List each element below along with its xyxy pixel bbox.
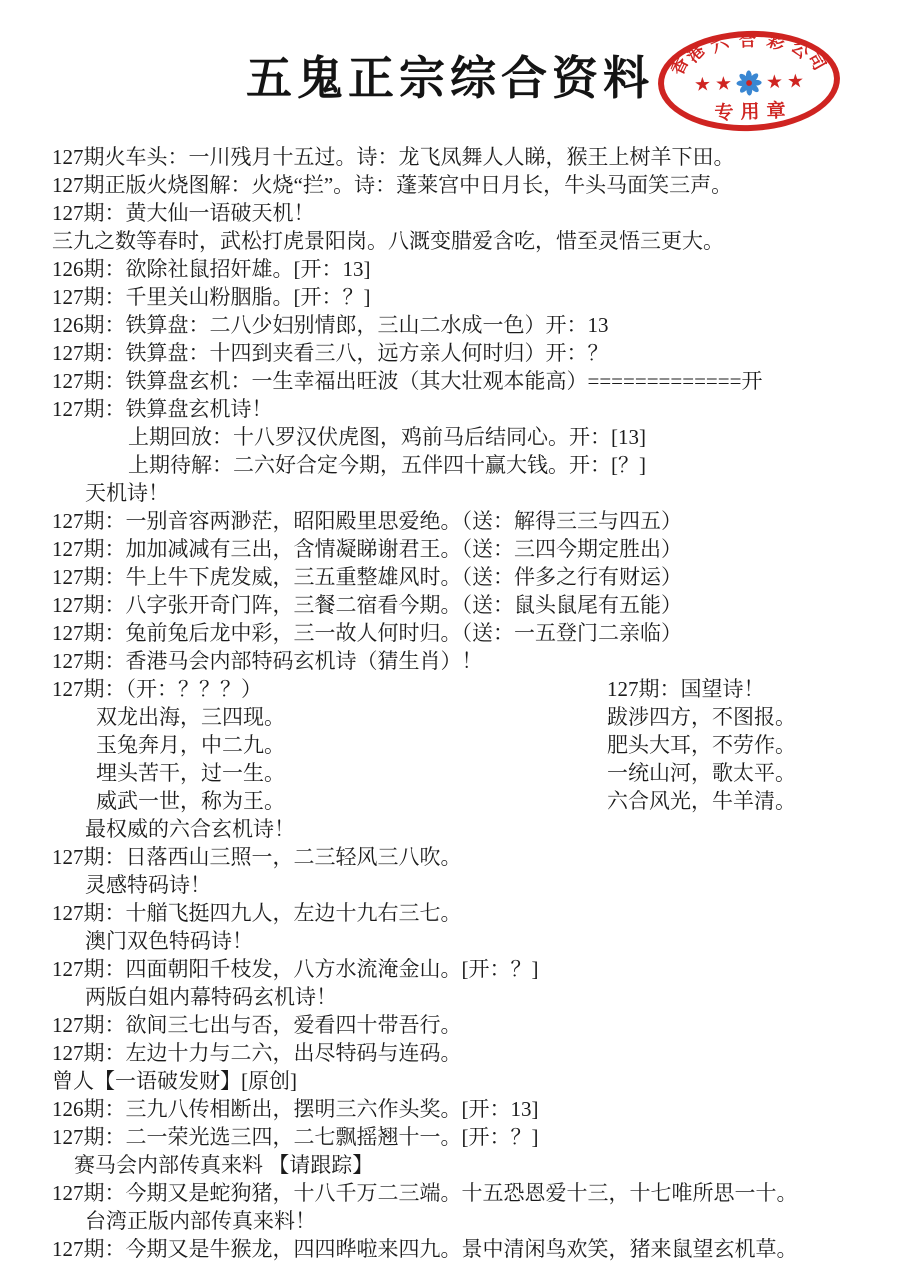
text-line: 127期：千里关山粉胭脂。[开：？] [52,283,900,311]
poem-columns: 127期：（开：？？？） 双龙出海，三四现。 玉兔奔月，中二九。 埋头苦干，过一… [52,675,900,815]
text-line: 127期：黄大仙一语破天机！ [52,199,900,227]
text-line: 126期：欲除社鼠招奸雄。[开：13] [52,255,900,283]
text-line: 127期：十艏飞挺四九人，左边十九右三七。 [52,899,900,927]
text-line: 127期：香港马会内部特码玄机诗（猜生肖）！ [52,647,900,675]
header: 五鬼正宗综合资料 香 港 六 合 彩 公 司 ★ ★ [0,0,900,143]
text-line: 六合风光，牛羊清。 [607,787,796,815]
poem-right-column: 127期：国望诗！ 跋涉四方，不图报。 肥头大耳，不劳作。 一统山河，歌太平。 … [607,675,796,815]
star-icon: ★ [694,75,712,95]
text-line: 三九之数等春时，武松打虎景阳岗。八溉变腊爱含吃，惜至灵悟三更大。 [52,227,900,255]
text-line: 127期：左边十力与二六，出尽特码与连码。 [52,1039,900,1067]
text-line: 赛马会内部传真来料 【请跟踪】 [74,1151,900,1179]
text-line: 肥头大耳，不劳作。 [607,731,796,759]
text-line: 台湾正版内部传真来料！ [85,1207,900,1235]
star-icon: ★ [715,74,733,94]
flower-icon [736,70,763,97]
text-line: 127期：八字张开奇门阵，三餐二宿看今期。（送：鼠头鼠尾有五能） [52,591,900,619]
text-line: 天机诗！ [85,479,900,507]
text-line: 127期：国望诗！ [607,675,796,703]
text-line: 127期：牛上牛下虎发威，三五重整雄风时。（送：伴多之行有财运） [52,563,900,591]
lottery-company-stamp: 香 港 六 合 彩 公 司 ★ ★ [656,28,841,134]
text-line: 127期：今期又是蛇狗猪，十八千万二三端。十五恐恩爱十三，十七唯所思一十。 [52,1179,900,1207]
text-line: 127期：（开：？？？） [52,675,285,703]
text-line: 127期：四面朝阳千枝发，八方水流淹金山。[开：？] [52,955,900,983]
stamp-bottom-text: 专用章 [659,94,842,127]
text-line: 两版白姐内幕特码玄机诗！ [85,983,900,1011]
text-line: 127期：二一荣光选三四，二七飘摇翘十一。[开：？] [52,1123,900,1151]
text-line: 上期待解：二六好合定今期，五伴四十赢大钱。开：[？] [128,451,900,479]
text-line: 127期：铁算盘玄机：一生幸福出旺波（其大壮观本能高）=============… [52,367,900,395]
text-line: 跋涉四方，不图报。 [607,703,796,731]
text-line: 最权威的六合玄机诗！ [85,815,900,843]
text-line: 127期正版火烧图解：火烧“拦”。诗：蓬莱宫中日月长，牛头马面笑三声。 [52,171,900,199]
star-icon: ★ [787,72,805,92]
text-line: 双龙出海，三四现。 [96,703,285,731]
star-icon: ★ [766,72,784,92]
text-line: 一统山河，歌太平。 [607,759,796,787]
text-line: 埋头苦干，过一生。 [96,759,285,787]
text-line: 127期：一别音容两渺茫，昭阳殿里思爱绝。（送：解得三三与四五） [52,507,900,535]
text-line: 上期回放：十八罗汉伏虎图，鸡前马后结同心。开：[13] [128,423,900,451]
text-line: 127期：加加减减有三出，含情凝睇谢君王。（送：三四今期定胜出） [52,535,900,563]
text-line: 127期：兔前兔后龙中彩，三一故人何时归。（送：一五登门二亲临） [52,619,900,647]
text-line: 127期：今期又是牛猴龙，四四晔啦来四九。景中清闲鸟欢笑，猪来鼠望玄机草。 [52,1235,900,1263]
text-line: 126期：铁算盘：二八少妇别情郎，三山二水成一色）开：13 [52,311,900,339]
text-line: 127期：铁算盘玄机诗！ [52,395,900,423]
text-line: 127期：日落西山三照一，二三轻风三八吹。 [52,843,900,871]
text-line: 玉兔奔月，中二九。 [96,731,285,759]
stamp-arc-char: 合 [737,31,758,52]
text-line: 126期：三九八传相断出，摆明三六作头奖。[开：13] [52,1095,900,1123]
text-line: 127期：欲间三七出与否，爱看四十带吾行。 [52,1011,900,1039]
text-line: 威武一世，称为王。 [96,787,285,815]
text-line: 127期火车头：一川残月十五过。诗：龙飞凤舞人人睇，猴王上树羊下田。 [52,143,900,171]
text-line: 灵感特码诗！ [85,871,900,899]
poem-left-column: 127期：（开：？？？） 双龙出海，三四现。 玉兔奔月，中二九。 埋头苦干，过一… [52,675,285,815]
document-sheet: 五鬼正宗综合资料 香 港 六 合 彩 公 司 ★ ★ [0,0,900,1267]
text-line: 澳门双色特码诗！ [85,927,900,955]
document-body: 127期火车头：一川残月十五过。诗：龙飞凤舞人人睇，猴王上树羊下田。 127期正… [0,143,900,1263]
text-line: 曾人【一语破发财】[原创] [52,1067,900,1095]
text-line: 127期：铁算盘：十四到夹看三八，远方亲人何时归）开：？ [52,339,900,367]
